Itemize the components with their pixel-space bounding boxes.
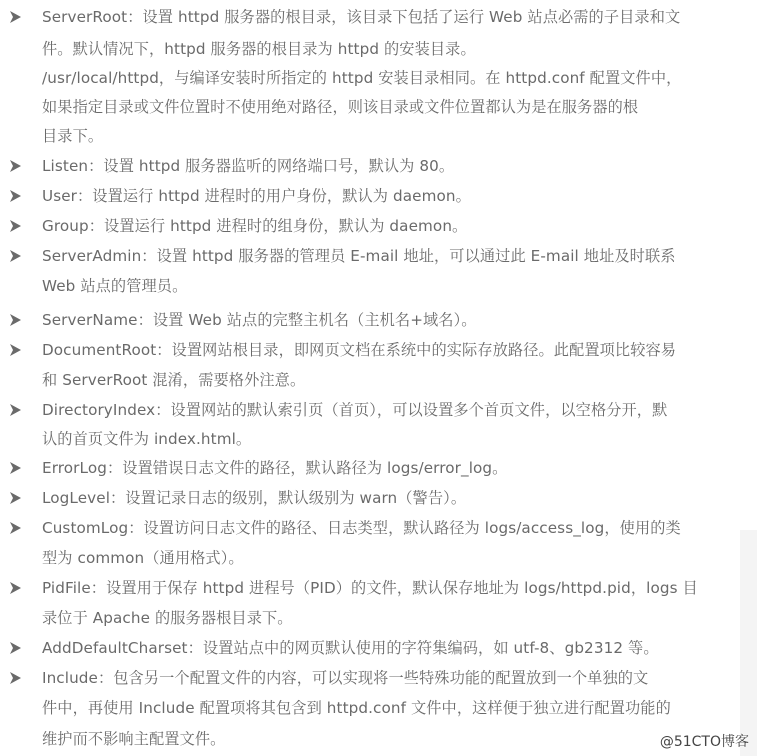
- list-item-text: ErrorLog：设置错误日志文件的路径，默认路径为 logs/error_lo…: [42, 458, 507, 478]
- arrowhead-bullet-icon: [8, 10, 22, 24]
- arrowhead-bullet-icon: [8, 491, 22, 505]
- list-item-text: Listen：设置 httpd 服务器监听的网络端口号，默认为 80。: [42, 156, 454, 176]
- list-item-text: 目录下。: [42, 126, 103, 146]
- watermark: @51CTO博客: [660, 731, 749, 751]
- list-item-text: 和 ServerRoot 混淆，需要格外注意。: [42, 370, 305, 390]
- list-item-text: 件中，再使用 Include 配置项将其包含到 httpd.conf 文件中，这…: [42, 698, 671, 718]
- arrowhead-bullet-icon: [8, 641, 22, 655]
- arrowhead-bullet-icon: [8, 249, 22, 263]
- list-item-text: User：设置运行 httpd 进程时的用户身份，默认为 daemon。: [42, 186, 471, 206]
- arrowhead-bullet-icon: [8, 343, 22, 357]
- arrowhead-bullet-icon: [8, 521, 22, 535]
- list-item-text: 如果指定目录或文件位置时不使用绝对路径，则该目录或文件位置都认为是在服务器的根: [42, 97, 638, 117]
- list-item-text: LogLevel：设置记录日志的级别，默认级别为 warn（警告）。: [42, 488, 466, 508]
- arrowhead-bullet-icon: [8, 403, 22, 417]
- list-item-text: Include：包含另一个配置文件的内容，可以实现将一些特殊功能的配置放到一个单…: [42, 668, 648, 688]
- list-item-text: AddDefaultCharset：设置站点中的网页默认使用的字符集编码，如 u…: [42, 638, 659, 658]
- list-item-text: 认的首页文件为 index.html。: [42, 429, 251, 449]
- arrowhead-bullet-icon: [8, 581, 22, 595]
- arrowhead-bullet-icon: [8, 219, 22, 233]
- list-item-text: 维护而不影响主配置文件。: [42, 729, 225, 749]
- list-item-text: ServerName：设置 Web 站点的完整主机名（主机名+域名）。: [42, 310, 477, 330]
- arrowhead-bullet-icon: [8, 159, 22, 173]
- list-item-text: ServerAdmin：设置 httpd 服务器的管理员 E-mail 地址，可…: [42, 246, 676, 266]
- list-item-text: DirectoryIndex：设置网站的默认索引页（首页），可以设置多个首页文件…: [42, 400, 667, 420]
- list-item-text: Web 站点的管理员。: [42, 276, 187, 296]
- list-item-text: DocumentRoot：设置网站根目录，即网页文档在系统中的实际存放路径。此配…: [42, 340, 676, 360]
- list-item-text: 型为 common（通用格式）。: [42, 548, 244, 568]
- list-item-text: /usr/local/httpd，与编译安装时所指定的 httpd 安装目录相同…: [42, 68, 681, 88]
- arrowhead-bullet-icon: [8, 189, 22, 203]
- list-item-text: PidFile：设置用于保存 httpd 进程号（PID）的文件，默认保存地址为…: [42, 578, 698, 598]
- list-item-text: 录位于 Apache 的服务器根目录下。: [42, 608, 293, 628]
- arrowhead-bullet-icon: [8, 671, 22, 685]
- arrowhead-bullet-icon: [8, 313, 22, 327]
- list-item-text: CustomLog：设置访问日志文件的路径、日志类型，默认路径为 logs/ac…: [42, 518, 681, 538]
- background-shade: [740, 530, 757, 756]
- list-item-text: Group：设置运行 httpd 进程时的组身份，默认为 daemon。: [42, 216, 467, 236]
- list-item-text: 件。默认情况下，httpd 服务器的根目录为 httpd 的安装目录。: [42, 39, 476, 59]
- list-item-text: ServerRoot：设置 httpd 服务器的根目录，该目录下包括了运行 We…: [42, 7, 680, 27]
- arrowhead-bullet-icon: [8, 461, 22, 475]
